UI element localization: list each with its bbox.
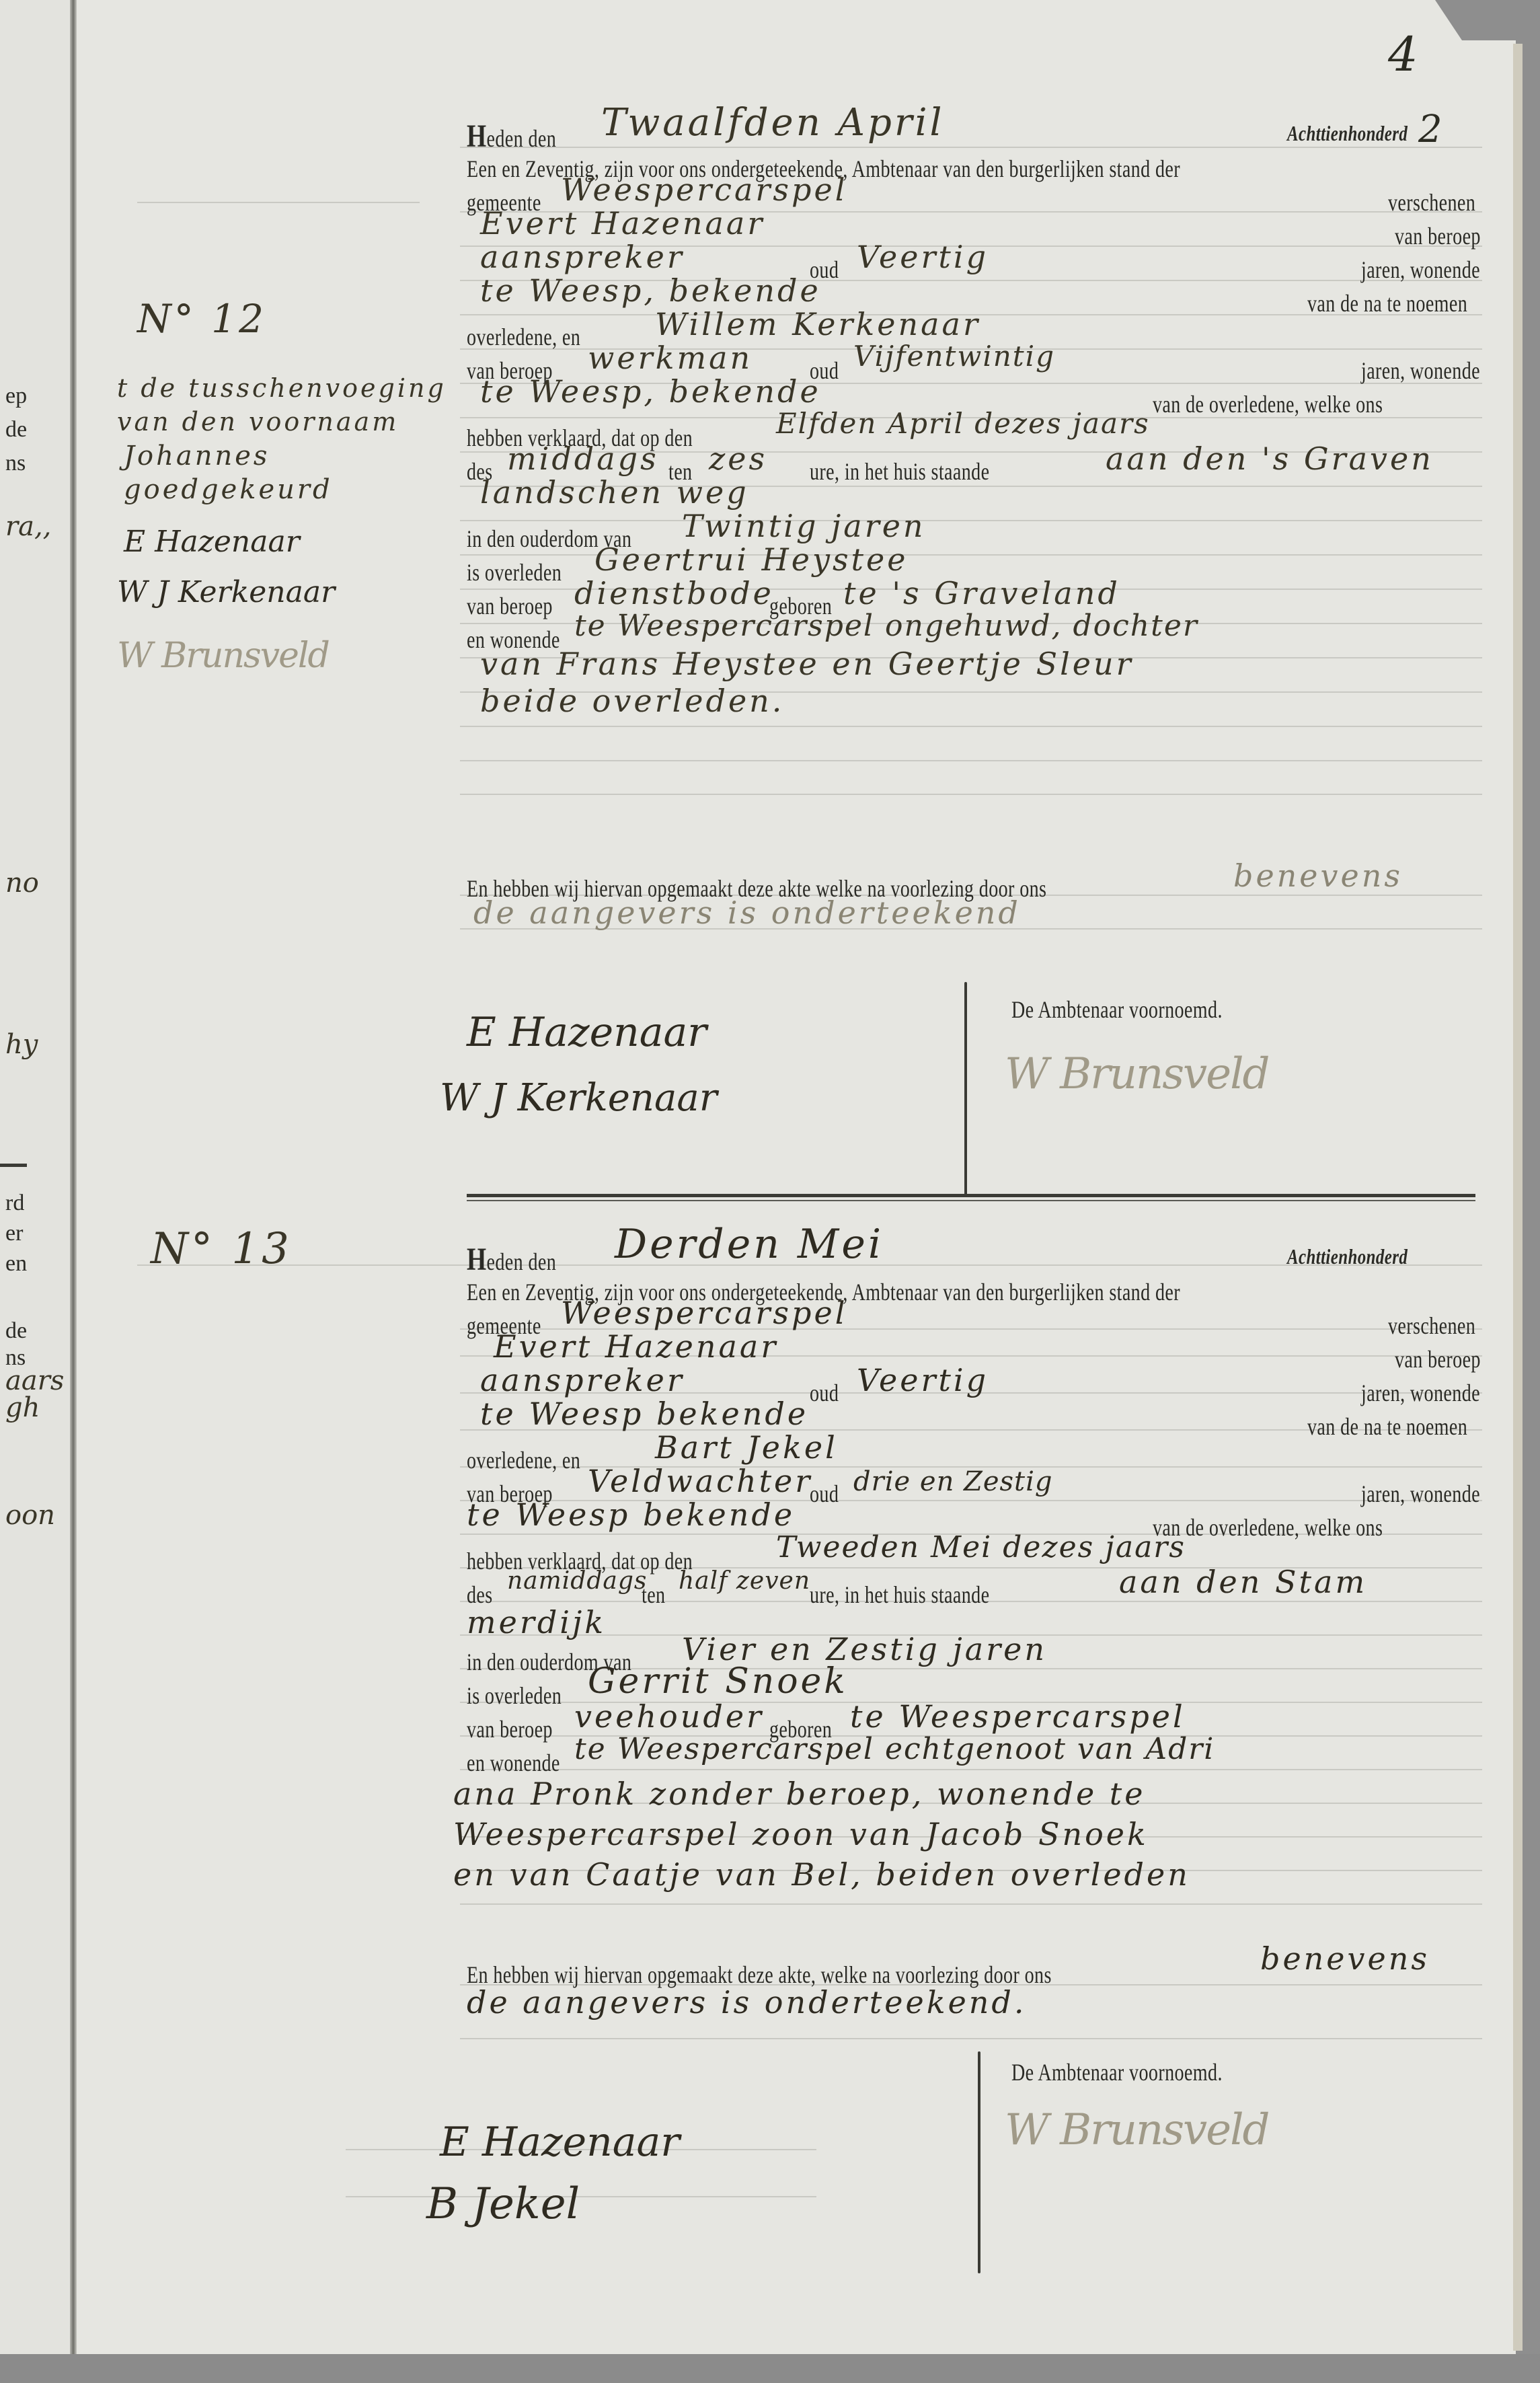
divider: [0, 1164, 27, 1167]
handwritten-municipality: Weespercarspel: [561, 172, 847, 208]
corner-mark: 2: [1418, 108, 1442, 151]
handwritten-birthplace: te Weespercarspel: [850, 1698, 1186, 1735]
left-fragment: oon: [5, 1500, 55, 1531]
left-fragment: no: [5, 868, 39, 899]
margin-signature: W J Kerkenaar: [117, 575, 335, 609]
printed-text: oud: [810, 1379, 839, 1407]
handwritten-deceased-name: Geertrui Heystee: [594, 541, 908, 578]
handwritten-address: aan den Stam: [1119, 1564, 1367, 1600]
printed-text: jaren, wonende: [1361, 256, 1480, 284]
margin-note-line: Johannes: [124, 441, 270, 471]
handwritten-occupation: aanspreker: [480, 1362, 685, 1398]
left-fragment: ns: [5, 451, 26, 476]
signature-brace: [978, 2051, 980, 2273]
printed-text: van de overledene, welke ons: [1153, 1513, 1383, 1542]
printed-text: jaren, wonende: [1361, 1480, 1480, 1508]
handwritten-note: beide overleden.: [480, 683, 784, 719]
printed-text: van de na te noemen: [1307, 289, 1467, 317]
informant-signature: E Hazenaar: [467, 1009, 707, 1056]
printed-text: verschenen: [1388, 188, 1475, 217]
record-number: N° 12: [137, 296, 266, 342]
handwritten-closing: benevens: [1260, 1940, 1430, 1977]
handwritten-date: Elfden April dezes jaars: [776, 407, 1150, 440]
printed-text: ure, in het huis staande: [810, 457, 989, 486]
handwritten-informant: Bart Jekel: [655, 1429, 838, 1466]
printed-text: overledene, en: [467, 323, 580, 351]
page-number: 4: [1388, 27, 1418, 82]
printed-text: is overleden: [467, 1681, 562, 1710]
handwritten-closing: de aangevers is onderteekend.: [467, 1984, 1027, 2020]
handwritten-occupation: werkman: [588, 340, 753, 376]
handwritten-occupation: veehouder: [574, 1698, 764, 1735]
handwritten-parents: van Frans Heystee en Geertje Sleur: [480, 646, 1134, 682]
handwritten-occupation: Veldwachter: [588, 1463, 812, 1499]
printed-text: van de overledene, welke ons: [1153, 390, 1383, 418]
printed-text: is overleden: [467, 558, 562, 587]
handwritten-spouse: ana Pronk zonder beroep, wonende te: [453, 1776, 1146, 1812]
handwritten-date: Twaalfden April: [601, 101, 944, 145]
signature-brace: [964, 982, 967, 1197]
register-page: 4 2 N° 12 t de tusschenvoeging van den v…: [77, 0, 1516, 2354]
handwritten-age: Vijfentwintig: [853, 340, 1055, 373]
handwritten-age: Veertig: [857, 1362, 989, 1398]
left-fragment: en: [5, 1251, 27, 1277]
handwritten-occupation: dienstbode: [574, 575, 774, 611]
printed-text: Heden den: [467, 118, 556, 155]
printed-text: verschenen: [1388, 1312, 1475, 1340]
handwritten-informant: Evert Hazenaar: [494, 1328, 778, 1365]
left-fragment: rd: [5, 1190, 24, 1216]
handwritten-address: aan den 's Graven: [1106, 441, 1434, 477]
handwritten-residence: te Weesp bekende: [467, 1497, 795, 1533]
printed-text: van beroep: [467, 1715, 553, 1743]
left-page-edge: ep de ns ra,, no hy rd er en de ns aars …: [0, 0, 73, 2383]
informant-signature: B Jekel: [426, 2179, 580, 2229]
left-fragment: gh: [5, 1392, 40, 1423]
left-fragment: de: [5, 1318, 27, 1344]
handwritten-date: Derden Mei: [615, 1221, 884, 1268]
handwritten-residence: te Weespercarspel ongehuwd, dochter: [574, 609, 1198, 643]
margin-note-line: van den voornaam: [117, 407, 399, 437]
handwritten-address: merdijk: [467, 1604, 606, 1640]
printed-text: jaren, wonende: [1361, 356, 1480, 385]
printed-text: van beroep: [1395, 222, 1481, 250]
handwritten-residence: te Weesp, bekende: [480, 373, 821, 410]
printed-text: Achttienhonderd: [1287, 121, 1408, 146]
official-signature: W Brunsveld: [1005, 2105, 1269, 2155]
margin-signature: E Hazenaar: [124, 525, 300, 559]
printed-text: ten: [642, 1581, 665, 1609]
printed-text: Achttienhonderd: [1287, 1244, 1408, 1269]
handwritten-municipality: Weespercarspel: [561, 1295, 847, 1331]
official-signature: W Brunsveld: [1005, 1049, 1269, 1099]
handwritten-closing: de aangevers is onderteekend: [473, 895, 1021, 931]
handwritten-residence: te Weesp bekende: [480, 1396, 808, 1432]
left-fragment: ep: [5, 383, 27, 409]
record-number: N° 13: [151, 1224, 292, 1274]
handwritten-date: Tweeden Mei dezes jaars: [776, 1530, 1186, 1564]
printed-text: overledene, en: [467, 1446, 580, 1474]
handwritten-age: Veertig: [857, 239, 989, 275]
handwritten-parents: Weespercarspel zoon van Jacob Snoek: [453, 1816, 1149, 1852]
left-fragment: ra,,: [5, 511, 51, 542]
printed-text: oud: [810, 1480, 839, 1508]
handwritten-informant: Willem Kerkenaar: [655, 306, 980, 342]
handwritten-parents: en van Caatje van Bel, beiden overleden: [453, 1856, 1190, 1893]
printed-text: ure, in het huis staande: [810, 1581, 989, 1609]
official-label: De Ambtenaar voornoemd.: [1011, 995, 1223, 1024]
handwritten-hour: zes: [709, 441, 767, 477]
handwritten-spouse: te Weespercarspel echtgenoot van Adri: [574, 1732, 1215, 1766]
handwritten-time: namiddags: [507, 1567, 647, 1595]
left-fragment: hy: [5, 1029, 38, 1060]
handwritten-closing: benevens: [1233, 858, 1403, 894]
handwritten-residence: te Weesp, bekende: [480, 272, 821, 309]
printed-text: jaren, wonende: [1361, 1379, 1480, 1407]
page-edge: [1513, 44, 1523, 2351]
book-spine: [70, 0, 77, 2383]
printed-text: en wonende: [467, 1749, 560, 1777]
official-label: De Ambtenaar voornoemd.: [1011, 2058, 1223, 2086]
informant-signature: E Hazenaar: [440, 2119, 680, 2166]
handwritten-address: landschen weg: [480, 474, 749, 510]
handwritten-deceased-name: Gerrit Snoek: [588, 1661, 848, 1702]
printed-text: Heden den: [467, 1241, 556, 1278]
margin-signature: W Brunsveld: [117, 636, 329, 676]
left-fragment: de: [5, 417, 27, 443]
handwritten-occupation: aanspreker: [480, 239, 685, 275]
handwritten-hour: half zeven: [679, 1567, 810, 1595]
informant-signature: W J Kerkenaar: [440, 1076, 718, 1120]
handwritten-birthplace: te 's Graveland: [843, 575, 1120, 611]
handwritten-age: Twintig jaren: [682, 508, 926, 544]
record-separator: [467, 1194, 1475, 1197]
printed-text: van beroep: [1395, 1345, 1481, 1373]
printed-text: van de na te noemen: [1307, 1412, 1467, 1441]
margin-note-line: t de tusschenvoeging: [117, 373, 447, 403]
left-fragment: er: [5, 1221, 23, 1246]
handwritten-informant: Evert Hazenaar: [480, 205, 765, 241]
margin-note-line: goedgekeurd: [124, 474, 333, 505]
printed-text: van beroep: [467, 592, 553, 620]
handwritten-age: drie en Zestig: [853, 1466, 1053, 1497]
scan-background: [0, 2354, 1540, 2383]
handwritten-time: middags: [507, 441, 659, 477]
